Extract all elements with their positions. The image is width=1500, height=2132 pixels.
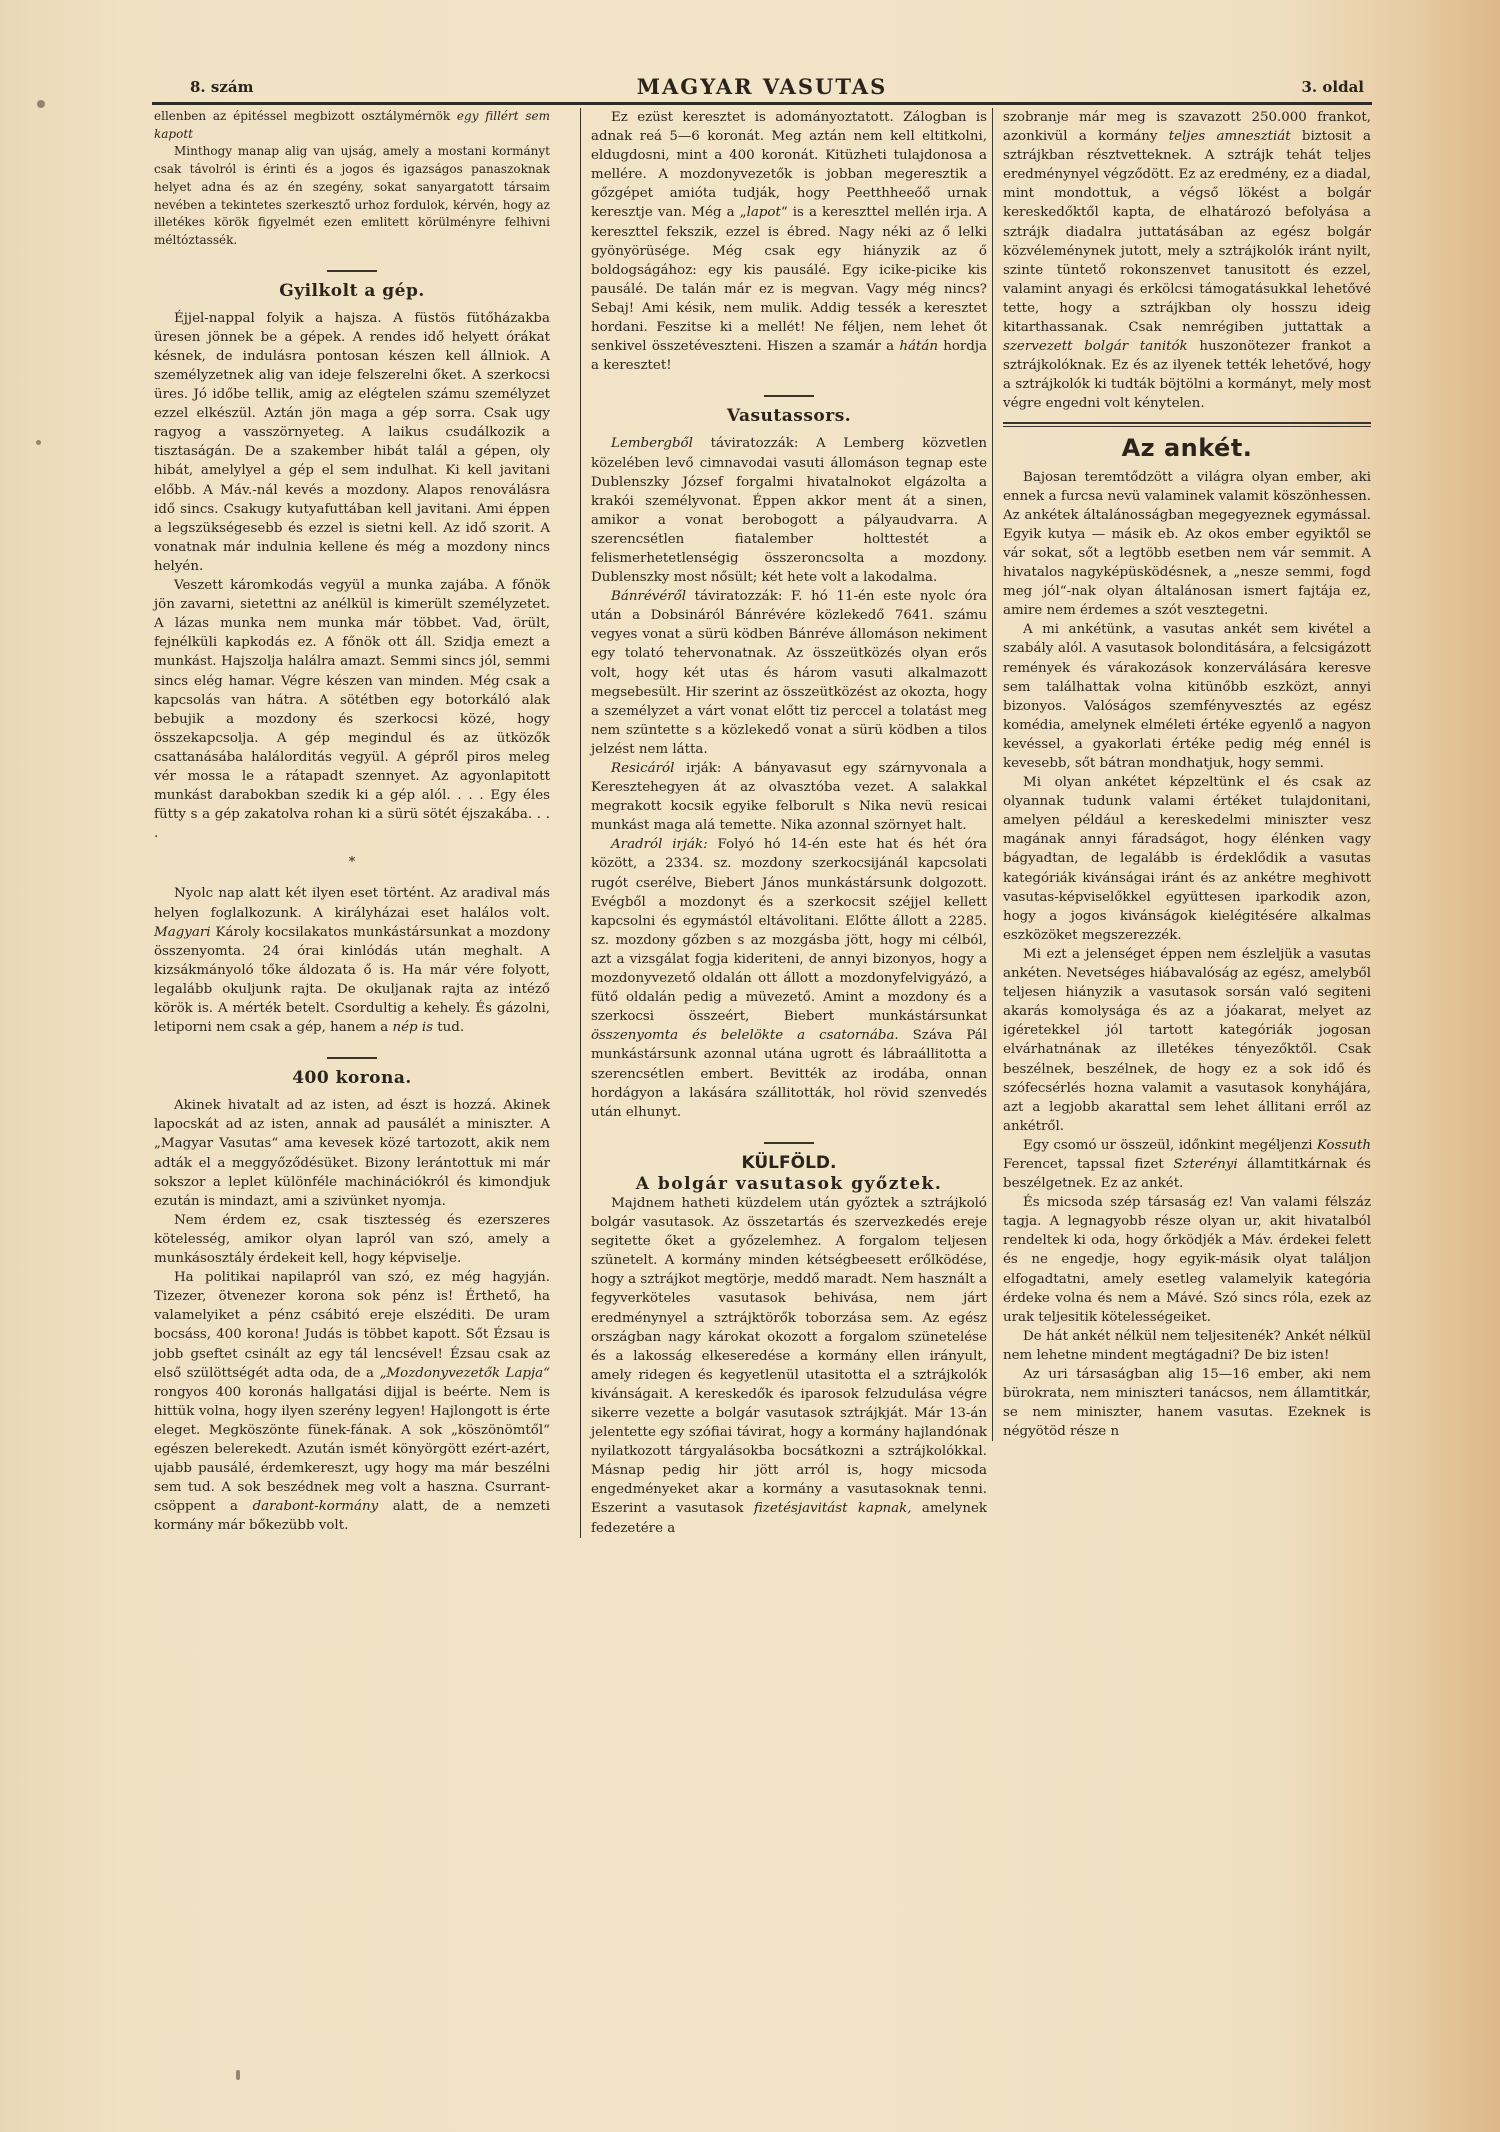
article-title-anket: Az ankét. — [1003, 439, 1371, 458]
article-paragraph: Mi olyan ankétet képzeltünk el és csak a… — [1003, 773, 1371, 945]
newspaper-page: 8. szám MAGYAR VASUTAS 3. oldal ellenben… — [152, 76, 1372, 105]
article-paragraph: Akinek hivatalt ad az isten, ad észt is … — [154, 1096, 550, 1211]
article-title-bolgar: A bolgár vasutasok győztek. — [591, 1175, 987, 1194]
section-divider — [764, 1142, 814, 1144]
section-title-kulfold: KÜLFÖLD. — [591, 1154, 987, 1173]
masthead: 8. szám MAGYAR VASUTAS 3. oldal — [152, 76, 1372, 105]
page-number: 3. oldal — [1302, 78, 1365, 96]
ink-spot — [37, 100, 45, 108]
article-paragraph: Majdnem hatheti küzdelem után győztek a … — [591, 1194, 987, 1538]
article-paragraph: De hát ankét nélkül nem teljesitenék? An… — [1003, 1327, 1371, 1365]
article-paragraph: Veszett káromkodás vegyül a munka zajába… — [154, 576, 550, 843]
columns: ellenben az épitéssel megbizott osztálym… — [152, 108, 1372, 2118]
column-1: ellenben az épitéssel megbizott osztálym… — [154, 108, 550, 1535]
intro-letter: ellenben az épitéssel megbizott osztálym… — [154, 108, 550, 250]
article-paragraph: Nem érdem ez, csak tisztesség és ezersze… — [154, 1211, 550, 1268]
article-paragraph: Nyolc nap alatt két ilyen eset történt. … — [154, 884, 550, 1037]
article-title-gyilkolt: Gyilkolt a gép. — [154, 282, 550, 301]
article-paragraph: Ha politikai napilapról van szó, ez még … — [154, 1268, 550, 1535]
section-divider — [764, 395, 814, 397]
news-item: Bánrévéről táviratozzák: F. hó 11-én est… — [591, 587, 987, 759]
article-paragraph: És micsoda szép társaság ez! Van valami … — [1003, 1193, 1371, 1327]
intro-first-line: ellenben az épitéssel megbizott osztálym… — [154, 108, 550, 143]
article-paragraph: Mi ezt a jelenséget éppen nem észleljük … — [1003, 945, 1371, 1136]
ink-spot — [36, 440, 41, 445]
article-title-vasutassors: Vasutassors. — [591, 407, 987, 426]
news-item: Lembergből táviratozzák: A Lemberg közve… — [591, 434, 987, 587]
article-paragraph: Egy csomó ur összeül, időnkint megéljenz… — [1003, 1136, 1371, 1193]
news-item: Aradról irják: Folyó hó 14-én este hat é… — [591, 835, 987, 1121]
article-paragraph: A mi ankétünk, a vasutas ankét sem kivét… — [1003, 620, 1371, 773]
column-2: Ez ezüst keresztet is adományoztatott. Z… — [580, 108, 987, 1538]
asterisk-separator: * — [154, 853, 550, 872]
column-3: szobranje már meg is szavazott 250.000 f… — [992, 108, 1371, 1441]
article-title-400-korona: 400 korona. — [154, 1069, 550, 1088]
article-paragraph: Ez ezüst keresztet is adományoztatott. Z… — [591, 108, 987, 375]
news-item: Resicáról irják: A bányavasut egy szárny… — [591, 759, 987, 835]
section-divider — [327, 1057, 377, 1059]
section-divider — [327, 270, 377, 272]
newspaper-title: MAGYAR VASUTAS — [152, 74, 1372, 99]
article-paragraph: Az uri társaságban alig 15—16 ember, aki… — [1003, 1365, 1371, 1441]
article-paragraph: Éjjel-nappal folyik a hajsza. A füstös f… — [154, 309, 550, 576]
article-paragraph: szobranje már meg is szavazott 250.000 f… — [1003, 108, 1371, 414]
double-divider — [1003, 422, 1371, 427]
article-paragraph: Bajosan teremtődzött a világra olyan emb… — [1003, 468, 1371, 621]
intro-paragraph: Minthogy manap alig van ujság, amely a m… — [154, 143, 550, 249]
